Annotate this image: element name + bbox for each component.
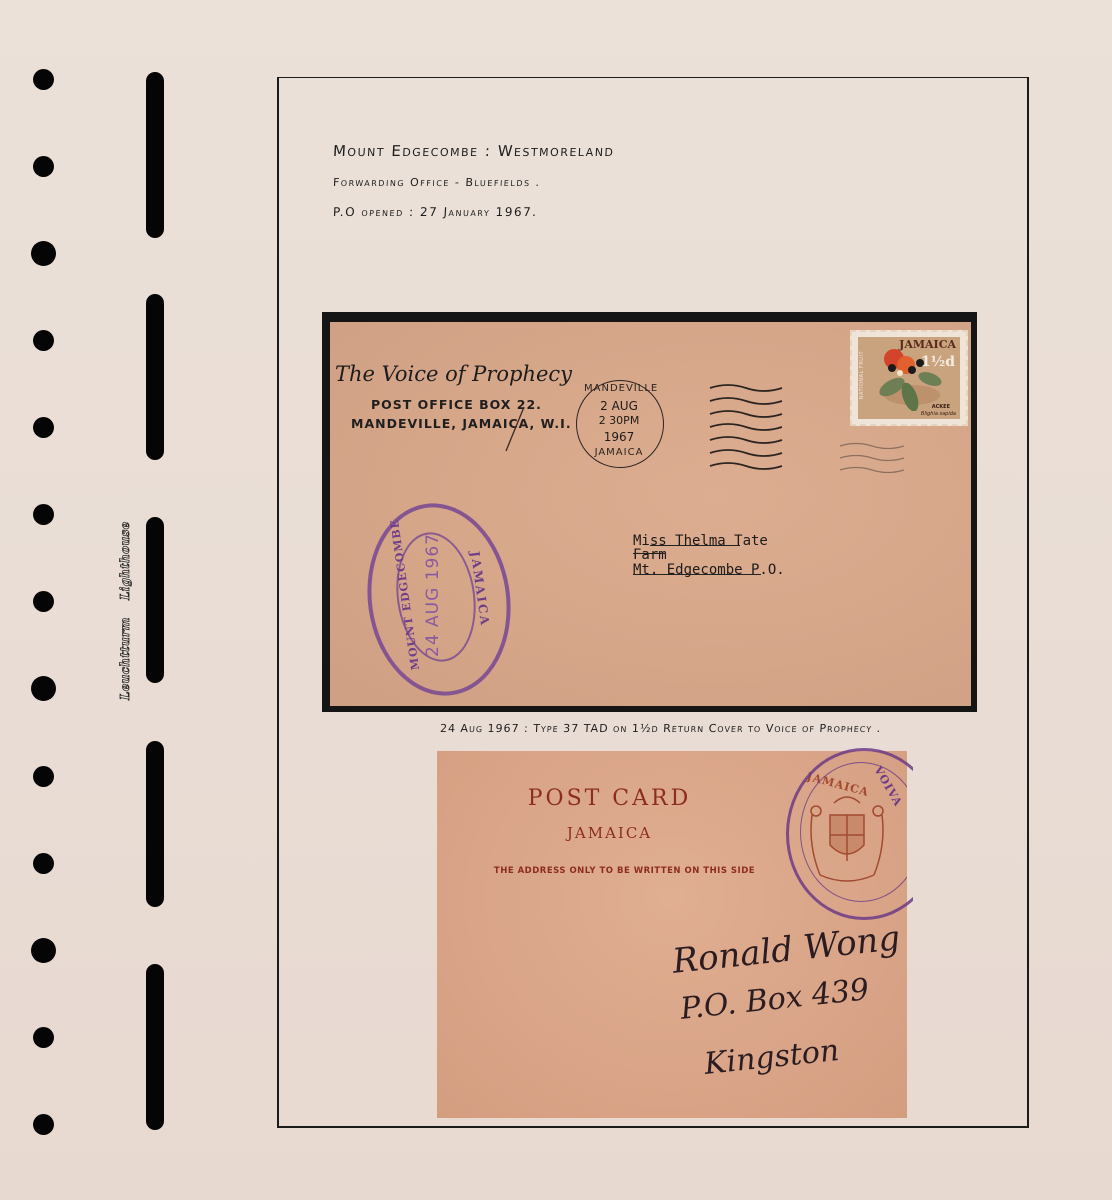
stamp-country: JAMAICA xyxy=(899,338,956,351)
binder-hole xyxy=(33,504,54,525)
postage-stamp-ackee: JAMAICA 1½d NATIONAL FRUIT ACKEE Blighia… xyxy=(850,330,968,426)
stamp-caption-latin: Blighia sapida xyxy=(921,411,956,417)
page-note-forwarding: Forwarding Office - Bluefields . xyxy=(333,176,541,189)
address-strikethrough xyxy=(633,574,761,575)
address-strikethrough xyxy=(633,553,665,554)
binder-hole xyxy=(31,938,56,963)
stamp-side-text: NATIONAL FRUIT xyxy=(859,351,865,399)
margin-brand-lighthouse: Lighthouse xyxy=(118,522,132,601)
binder-slot xyxy=(146,72,164,238)
binder-hole xyxy=(33,330,54,351)
address-line2: Farm xyxy=(633,547,667,563)
binder-hole xyxy=(33,766,54,787)
binder-hole xyxy=(33,1114,54,1135)
binder-hole xyxy=(33,69,54,90)
binder-slot xyxy=(146,964,164,1130)
page-note-title: Mount Edgecombe : Westmoreland xyxy=(333,142,615,160)
binder-hole xyxy=(33,417,54,438)
binder-hole xyxy=(33,1027,54,1048)
binder-hole xyxy=(31,676,56,701)
binder-hole xyxy=(33,853,54,874)
margin-brand-leuchtturm: Leuchtturm xyxy=(118,617,132,700)
cover-caption: 24 Aug 1967 : Type 37 TAD on 1½d Return … xyxy=(440,722,882,735)
binder-slot xyxy=(146,517,164,683)
stamp-caption-common: ACKEE xyxy=(932,404,950,410)
address-strikethrough xyxy=(650,545,740,546)
tad-cachet-date: 24 AUG 1967 xyxy=(423,530,443,660)
postmark-time: 2 30PM xyxy=(590,414,648,427)
postcard-title: POST CARD xyxy=(437,786,782,811)
address-line3: Mt. Edgecombe P.O. xyxy=(633,562,785,578)
postmark-date: 2 AUG xyxy=(590,399,648,413)
sender-address-line2: MANDEVILLE, JAMAICA, W.I. xyxy=(351,416,572,431)
sender-name: The Voice of Prophecy xyxy=(335,362,572,386)
binder-slot xyxy=(146,741,164,907)
page-note-opened: P.O opened : 27 January 1967. xyxy=(333,205,538,219)
binder-slot xyxy=(146,294,164,460)
stamp-denomination: 1½d xyxy=(921,354,955,370)
cachet-inner-ring-on-postcard xyxy=(800,762,922,902)
postmark-year: 1967 xyxy=(590,430,648,444)
postcard-instruction: THE ADDRESS ONLY TO BE WRITTEN ON THIS S… xyxy=(437,866,812,876)
pen-stroke-mark xyxy=(500,405,530,455)
postcard-subtitle: JAMAICA xyxy=(437,824,782,842)
wavy-cancel-lines-faint xyxy=(838,440,908,480)
wavy-cancel-lines xyxy=(708,382,788,482)
binder-hole xyxy=(33,156,54,177)
postmark-country: JAMAICA xyxy=(584,447,654,458)
binder-hole xyxy=(33,591,54,612)
postmark-town: MANDEVILLE xyxy=(584,383,654,394)
binder-hole xyxy=(31,241,56,266)
